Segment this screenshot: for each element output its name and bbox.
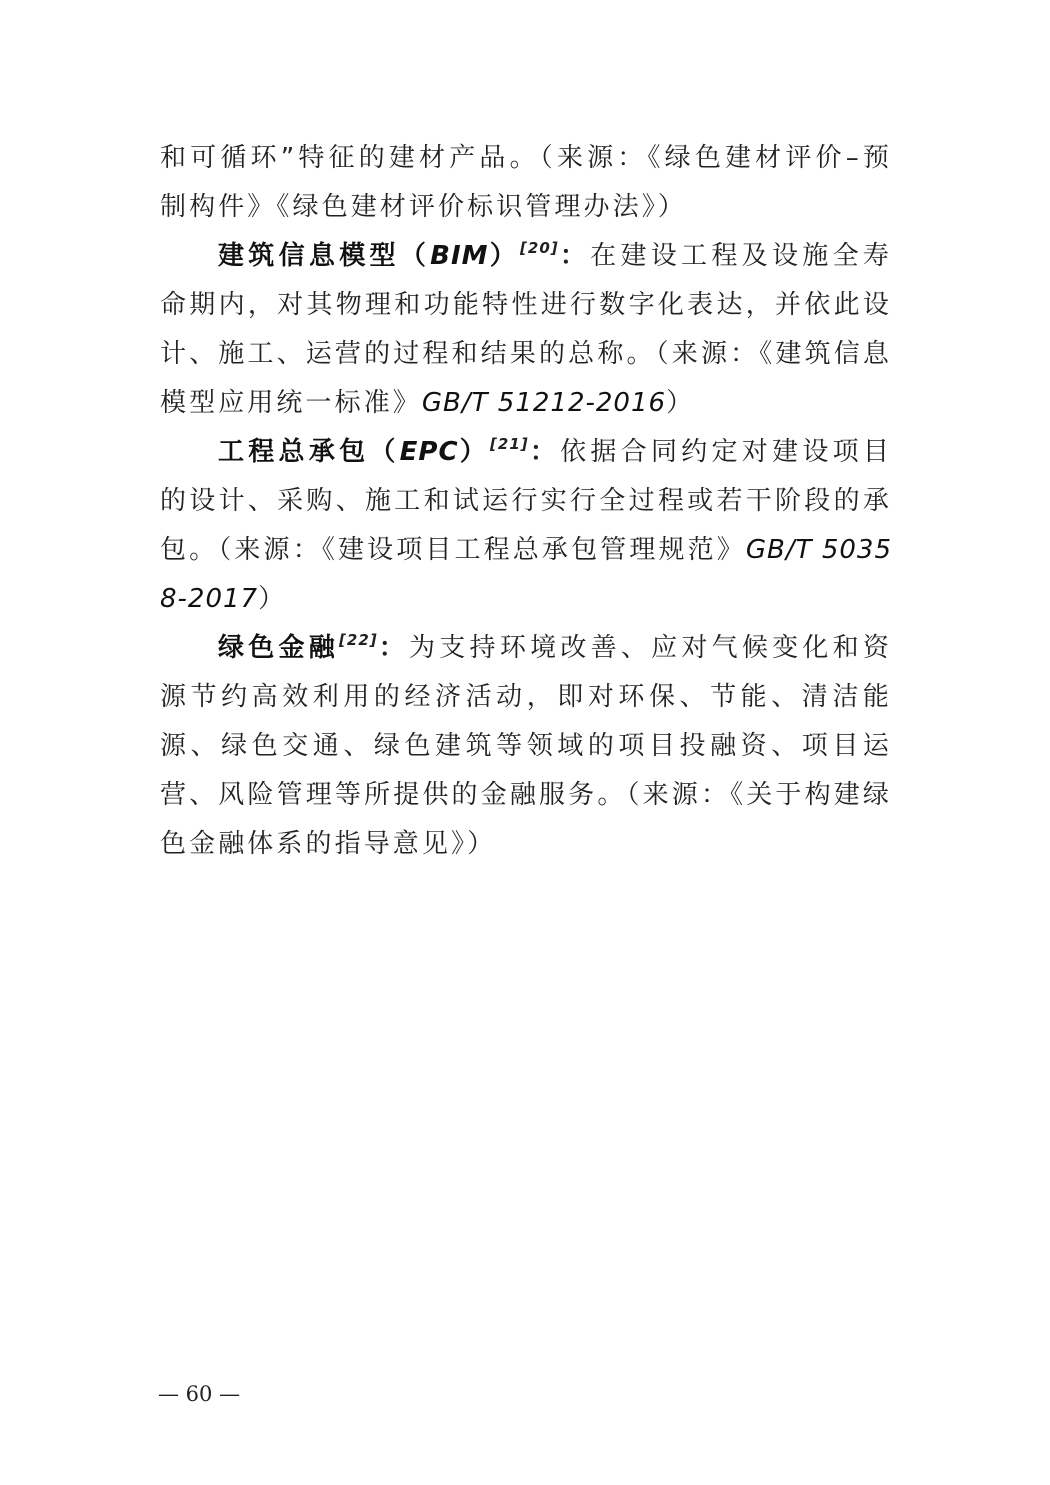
definition-epc: 工程总承包（EPC）[21]：依据合同约定对建设项目的设计、采购、施工和试运行实… — [160, 428, 892, 624]
term-close: ） — [459, 437, 490, 467]
document-body: 和可循环”特征的建材产品。（来源：《绿色建材评价–预制构件》《绿色建材评价标识管… — [160, 134, 892, 869]
definition-green-finance: 绿色金融[22]：为支持环境改善、应对气候变化和资源节约高效利用的经济活动，即对… — [160, 624, 892, 869]
term-colon: ： — [559, 241, 591, 271]
term-label: 建筑信息模型（ — [218, 241, 430, 271]
term-colon: ： — [529, 437, 560, 467]
definition-text: 为支持环境改善、应对气候变化和资源节约高效利用的经济活动，即对环保、节能、清洁能… — [160, 633, 892, 859]
continuation-paragraph: 和可循环”特征的建材产品。（来源：《绿色建材评价–预制构件》《绿色建材评价标识管… — [160, 134, 892, 232]
term-abbreviation: EPC — [400, 437, 459, 467]
closing-paren: ） — [258, 584, 287, 614]
reference-marker: [22] — [339, 631, 378, 649]
continuation-text: 和可循环”特征的建材产品。（来源：《绿色建材评价–预制构件》《绿色建材评价标识管… — [160, 143, 892, 222]
term-close: ） — [489, 241, 521, 271]
standard-code: GB/T 51212-2016 — [422, 388, 666, 418]
term-label: 绿色金融 — [218, 633, 339, 663]
term-label: 工程总承包（ — [218, 437, 400, 467]
closing-paren: ） — [666, 388, 695, 418]
term-abbreviation: BIM — [430, 241, 488, 271]
term-colon: ： — [378, 633, 409, 663]
reference-marker: [21] — [490, 435, 529, 453]
definition-bim: 建筑信息模型（BIM）[20]：在建设工程及设施全寿命期内，对其物理和功能特性进… — [160, 232, 892, 428]
reference-marker: [20] — [520, 239, 559, 257]
page-number: — 60 — — [158, 1382, 240, 1406]
